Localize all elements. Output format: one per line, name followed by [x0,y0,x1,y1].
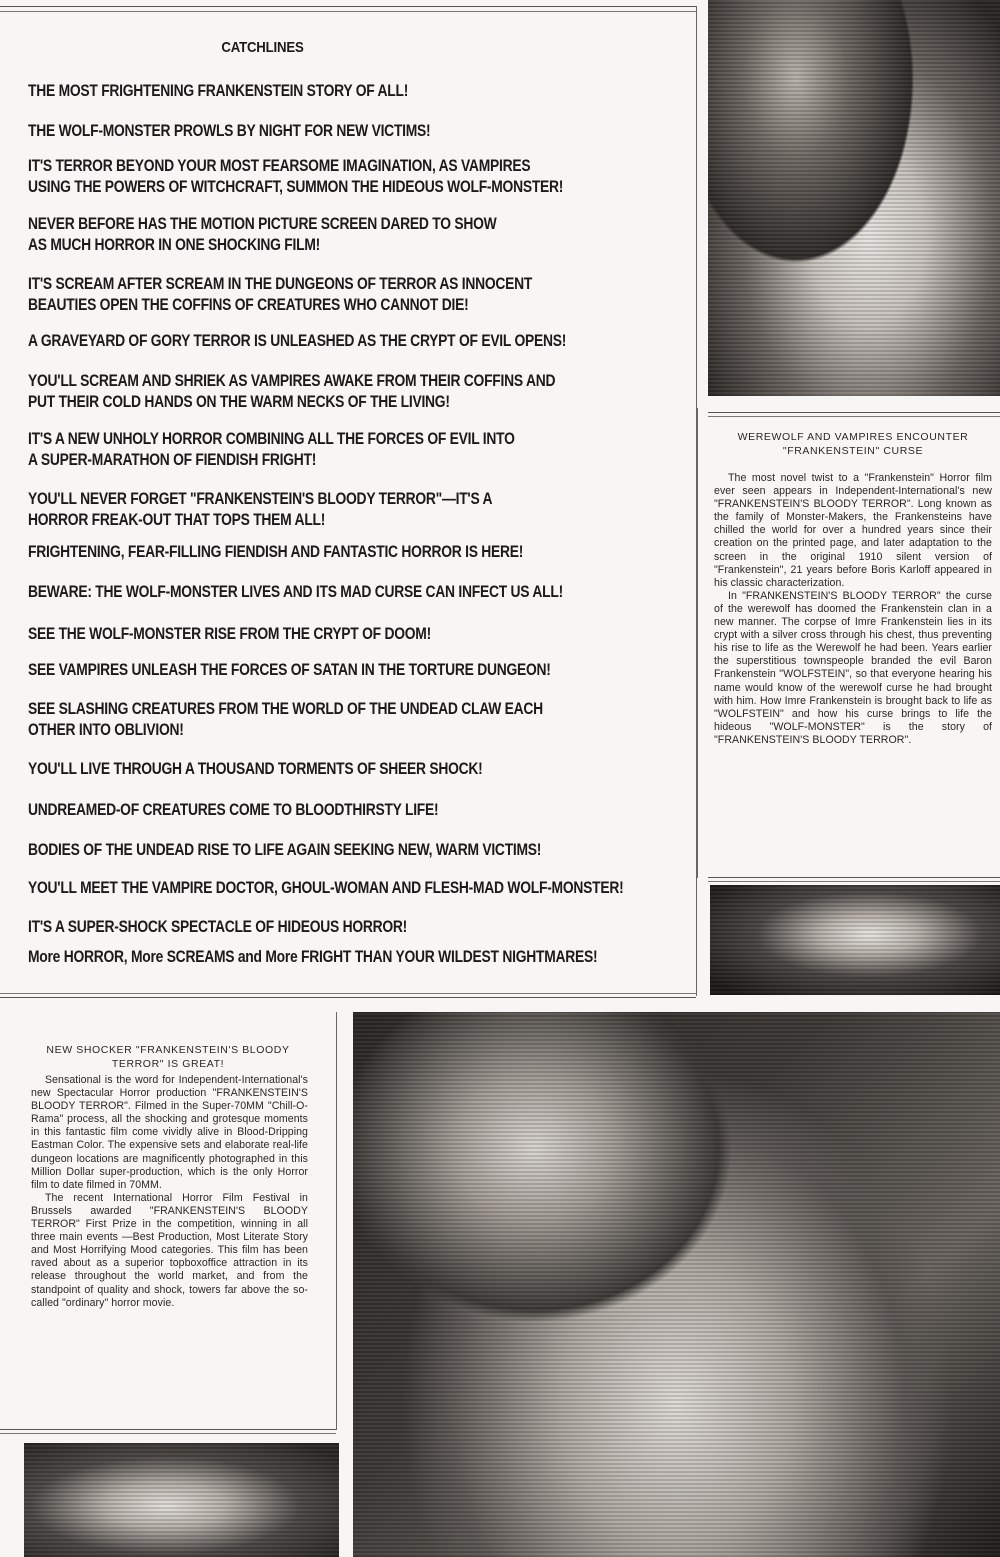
divider [0,1429,336,1430]
catchline: BODIES OF THE UNDEAD RISE TO LIFE AGAIN … [28,840,541,861]
film-still-middle-right [710,885,1000,995]
divider [708,881,1000,882]
catchline: More HORROR, More SCREAMS and More FRIGH… [28,947,597,968]
article-body: Sensational is the word for Independent-… [31,1074,308,1310]
divider [708,412,1000,413]
article-paragraph: The recent International Horror Film Fes… [31,1192,308,1310]
catchline: USING THE POWERS OF WITCHCRAFT, SUMMON T… [28,177,563,198]
catchline: HORROR FREAK-OUT THAT TOPS THEM ALL! [28,510,325,531]
divider [0,1433,336,1434]
catchline: SEE SLASHING CREATURES FROM THE WORLD OF… [28,699,543,720]
catchline: YOU'LL MEET THE VAMPIRE DOCTOR, GHOUL-WO… [28,878,623,899]
catchline: YOU'LL LIVE THROUGH A THOUSAND TORMENTS … [28,759,483,780]
catchline: YOU'LL SCREAM AND SHRIEK AS VAMPIRES AWA… [28,371,555,392]
catchline: IT'S A NEW UNHOLY HORROR COMBINING ALL T… [28,429,515,450]
catchline: AS MUCH HORROR IN ONE SHOCKING FILM! [28,235,320,256]
film-still-bottom-center [353,1012,1000,1557]
catchline: BEWARE: THE WOLF-MONSTER LIVES AND ITS M… [28,582,563,603]
headline-line: WEREWOLF AND VAMPIRES ENCOUNTER [714,431,992,445]
catchline: IT'S SCREAM AFTER SCREAM IN THE DUNGEONS… [28,274,532,295]
catchline: PUT THEIR COLD HANDS ON THE WARM NECKS O… [28,392,450,413]
catchline: BEAUTIES OPEN THE COFFINS OF CREATURES W… [28,295,468,316]
catchline: YOU'LL NEVER FORGET "FRANKENSTEIN'S BLOO… [28,489,492,510]
divider [0,993,696,994]
catchline: FRIGHTENING, FEAR-FILLING FIENDISH AND F… [28,542,523,563]
catchlines-panel: CATCHLINES THE MOST FRIGHTENING FRANKENS… [0,6,697,996]
catchline: IT'S A SUPER-SHOCK SPECTACLE OF HIDEOUS … [28,917,407,938]
headline-line: TERROR" IS GREAT! [30,1058,306,1072]
catchlines-title: CATCHLINES [32,39,494,56]
catchline: SEE THE WOLF-MONSTER RISE FROM THE CRYPT… [28,624,431,645]
catchline: A SUPER-MARATHON OF FIENDISH FRIGHT! [28,450,316,471]
catchline: THE MOST FRIGHTENING FRANKENSTEIN STORY … [28,81,408,102]
catchline: SEE VAMPIRES UNLEASH THE FORCES OF SATAN… [28,660,551,681]
catchline: NEVER BEFORE HAS THE MOTION PICTURE SCRE… [28,214,496,235]
divider [0,997,696,998]
divider [708,416,1000,417]
article-paragraph: Sensational is the word for Independent-… [31,1074,308,1192]
divider [708,877,1000,878]
catchline: IT'S TERROR BEYOND YOUR MOST FEARSOME IM… [28,156,530,177]
catchline: OTHER INTO OBLIVION! [28,720,184,741]
article-body: The most novel twist to a "Frankenstein"… [714,472,992,747]
article-paragraph: The most novel twist to a "Frankenstein"… [714,472,992,590]
headline-line: "FRANKENSTEIN" CURSE [714,445,992,459]
film-still-top-right [708,0,1000,396]
article-paragraph: In "FRANKENSTEIN'S BLOODY TERROR" the cu… [714,590,992,747]
article-headline: WEREWOLF AND VAMPIRES ENCOUNTER "FRANKEN… [714,431,992,458]
catchline: A GRAVEYARD OF GORY TERROR IS UNLEASHED … [28,331,566,352]
film-still-bottom-left [24,1443,339,1557]
catchline: THE WOLF-MONSTER PROWLS BY NIGHT FOR NEW… [28,121,430,142]
article-headline: NEW SHOCKER "FRANKENSTEIN'S BLOODY TERRO… [30,1044,306,1071]
headline-line: NEW SHOCKER "FRANKENSTEIN'S BLOODY [30,1044,306,1058]
new-shocker-article: NEW SHOCKER "FRANKENSTEIN'S BLOODY TERRO… [0,1012,337,1430]
catchline: UNDREAMED-OF CREATURES COME TO BLOODTHIR… [28,800,438,821]
werewolf-article: WEREWOLF AND VAMPIRES ENCOUNTER "FRANKEN… [697,408,1000,878]
